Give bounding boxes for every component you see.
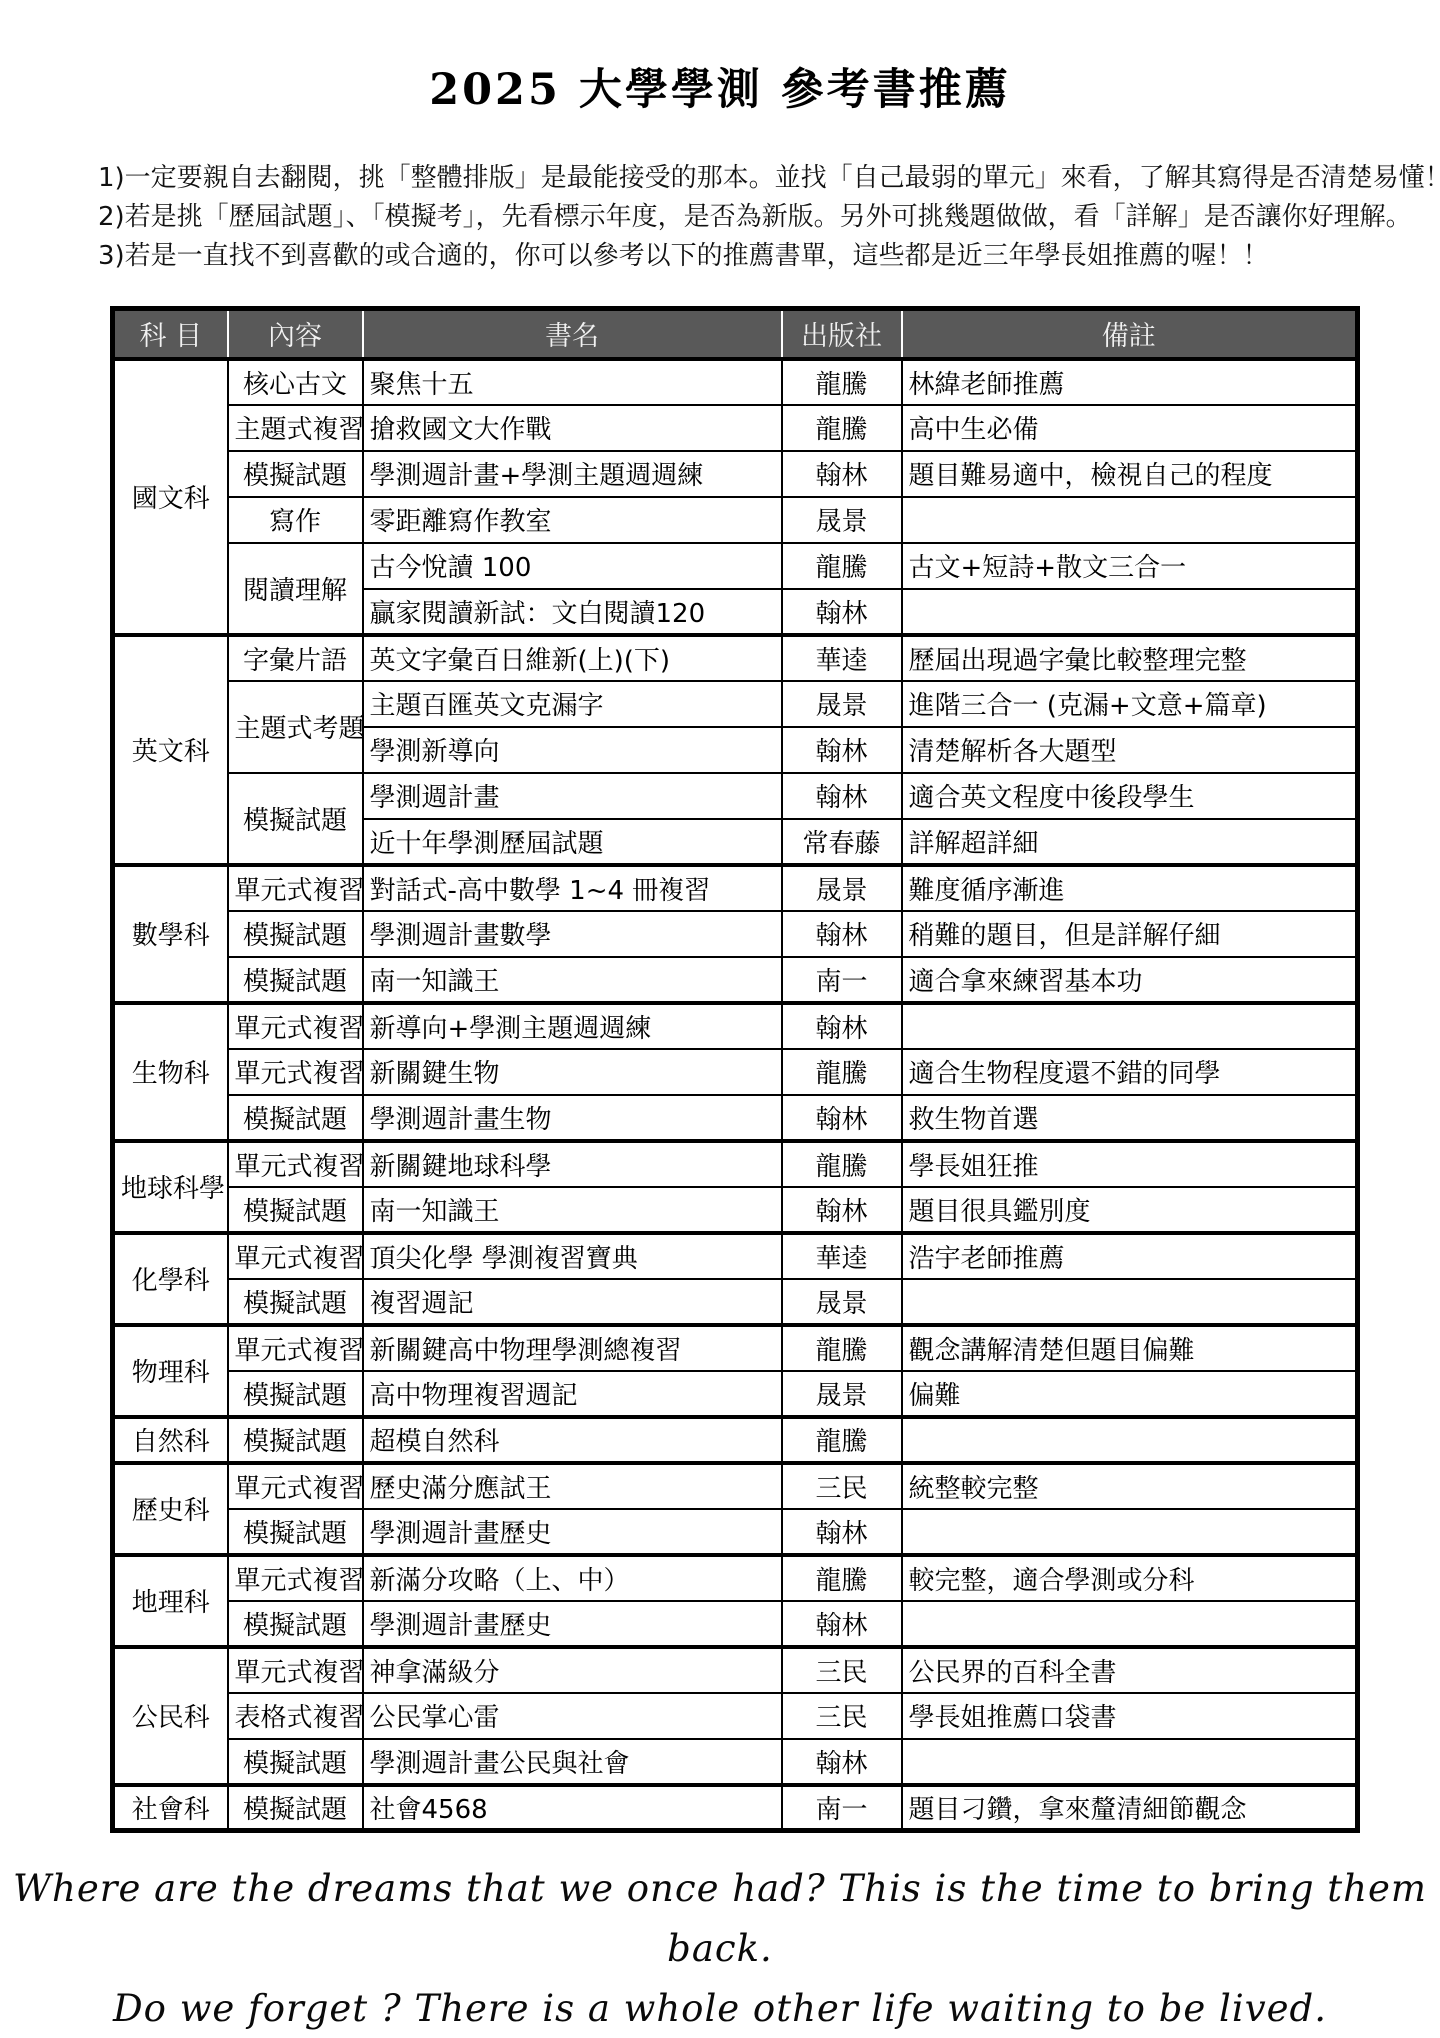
table-row: 單元式複習新關鍵生物龍騰適合生物程度還不錯的同學 (113, 1049, 1358, 1095)
footer-quote: Where are the dreams that we once had? T… (0, 1859, 1440, 2038)
table-row: 歷史科單元式複習歷史滿分應試王三民統整較完整 (113, 1463, 1358, 1509)
note-cell (902, 589, 1358, 635)
table-row: 公民科單元式複習神拿滿級分三民公民界的百科全書 (113, 1647, 1358, 1693)
publisher-cell: 翰林 (782, 589, 902, 635)
subject-cell: 歷史科 (113, 1463, 228, 1555)
table-row: 模擬試題學測週計畫數學翰林稍難的題目，但是詳解仔細 (113, 911, 1358, 957)
publisher-cell: 南一 (782, 957, 902, 1003)
table-row: 數學科單元式複習對話式-高中數學 1~4 冊複習晟景難度循序漸進 (113, 865, 1358, 911)
publisher-cell: 龍騰 (782, 1555, 902, 1601)
publisher-cell: 三民 (782, 1463, 902, 1509)
publisher-cell: 晟景 (782, 681, 902, 727)
subject-cell: 地球科學 (113, 1141, 228, 1233)
book-cell: 複習週記 (363, 1279, 782, 1325)
footer-quote-line-2: Do we forget ? There is a whole other li… (0, 1979, 1440, 2038)
publisher-cell: 三民 (782, 1647, 902, 1693)
subject-cell: 自然科 (113, 1417, 228, 1463)
content-cell: 模擬試題 (228, 1601, 363, 1647)
subject-cell: 地理科 (113, 1555, 228, 1647)
content-cell: 單元式複習 (228, 1325, 363, 1371)
table-row: 社會科模擬試題社會4568南一題目刁鑽，拿來釐清細節觀念 (113, 1785, 1358, 1831)
content-cell: 單元式複習 (228, 1233, 363, 1279)
col-header-note: 備註 (902, 309, 1358, 359)
table-row: 主題式考題主題百匯英文克漏字晟景進階三合一 (克漏+文意+篇章) (113, 681, 1358, 727)
table-row: 模擬試題學測週計畫歷史翰林 (113, 1509, 1358, 1555)
note-cell: 進階三合一 (克漏+文意+篇章) (902, 681, 1358, 727)
book-cell: 搶救國文大作戰 (363, 405, 782, 451)
content-cell: 模擬試題 (228, 1785, 363, 1831)
table-row: 模擬試題學測週計畫生物翰林救生物首選 (113, 1095, 1358, 1141)
note-cell: 學長姐推薦口袋書 (902, 1693, 1358, 1739)
document-page: 2025 大學學測 參考書推薦 1)一定要親自去翻閱，挑「整體排版」是最能接受的… (0, 0, 1440, 2038)
book-cell: 學測週計畫數學 (363, 911, 782, 957)
publisher-cell: 翰林 (782, 451, 902, 497)
note-cell: 公民界的百科全書 (902, 1647, 1358, 1693)
content-cell: 表格式複習 (228, 1693, 363, 1739)
note-cell: 題目刁鑽，拿來釐清細節觀念 (902, 1785, 1358, 1831)
content-cell: 字彙片語 (228, 635, 363, 681)
book-cell: 學測週計畫公民與社會 (363, 1739, 782, 1785)
publisher-cell: 翰林 (782, 911, 902, 957)
table-header: 科 目 內容 書名 出版社 備註 (113, 309, 1358, 359)
publisher-cell: 晟景 (782, 1371, 902, 1417)
note-cell: 詳解超詳細 (902, 819, 1358, 865)
content-cell: 寫作 (228, 497, 363, 543)
table-row: 模擬試題南一知識王翰林題目很具鑑別度 (113, 1187, 1358, 1233)
content-cell: 單元式複習 (228, 1141, 363, 1187)
publisher-cell: 翰林 (782, 727, 902, 773)
table-row: 生物科單元式複習新導向+學測主題週週練翰林 (113, 1003, 1358, 1049)
content-cell: 單元式複習 (228, 1647, 363, 1693)
table-row: 化學科單元式複習頂尖化學 學測複習寶典華逵浩宇老師推薦 (113, 1233, 1358, 1279)
table-row: 物理科單元式複習新關鍵高中物理學測總複習龍騰觀念講解清楚但題目偏難 (113, 1325, 1358, 1371)
table-row: 表格式複習公民掌心雷三民學長姐推薦口袋書 (113, 1693, 1358, 1739)
subject-cell: 化學科 (113, 1233, 228, 1325)
table-row: 模擬試題高中物理複習週記晟景偏難 (113, 1371, 1358, 1417)
content-cell: 模擬試題 (228, 1739, 363, 1785)
content-cell: 模擬試題 (228, 773, 363, 865)
page-title: 2025 大學學測 參考書推薦 (0, 0, 1440, 117)
publisher-cell: 龍騰 (782, 1417, 902, 1463)
content-cell: 模擬試題 (228, 957, 363, 1003)
book-cell: 公民掌心雷 (363, 1693, 782, 1739)
note-cell: 清楚解析各大題型 (902, 727, 1358, 773)
col-header-subject: 科 目 (113, 309, 228, 359)
table-row: 模擬試題學測週計畫翰林適合英文程度中後段學生 (113, 773, 1358, 819)
note-cell: 觀念講解清楚但題目偏難 (902, 1325, 1358, 1371)
col-header-content: 內容 (228, 309, 363, 359)
content-cell: 模擬試題 (228, 911, 363, 957)
content-cell: 模擬試題 (228, 1371, 363, 1417)
recommendation-table: 科 目 內容 書名 出版社 備註 國文科核心古文聚焦十五龍騰林緯老師推薦主題式複… (110, 306, 1360, 1833)
book-cell: 學測週計畫 (363, 773, 782, 819)
note-cell: 統整較完整 (902, 1463, 1358, 1509)
book-cell: 神拿滿級分 (363, 1647, 782, 1693)
book-cell: 新關鍵生物 (363, 1049, 782, 1095)
intro-note-1: 1)一定要親自去翻閱，挑「整體排版」是最能接受的那本。並找「自己最弱的單元」來看… (98, 159, 1440, 198)
book-cell: 新關鍵地球科學 (363, 1141, 782, 1187)
note-cell (902, 1417, 1358, 1463)
note-cell (902, 1003, 1358, 1049)
publisher-cell: 龍騰 (782, 359, 902, 405)
publisher-cell: 翰林 (782, 1509, 902, 1555)
publisher-cell: 三民 (782, 1693, 902, 1739)
publisher-cell: 龍騰 (782, 1141, 902, 1187)
book-cell: 社會4568 (363, 1785, 782, 1831)
book-cell: 歷史滿分應試王 (363, 1463, 782, 1509)
publisher-cell: 晟景 (782, 865, 902, 911)
note-cell (902, 1279, 1358, 1325)
table-row: 主題式複習搶救國文大作戰龍騰高中生必備 (113, 405, 1358, 451)
publisher-cell: 華逵 (782, 635, 902, 681)
publisher-cell: 翰林 (782, 773, 902, 819)
book-cell: 近十年學測歷屆試題 (363, 819, 782, 865)
book-cell: 英文字彙百日維新(上)(下) (363, 635, 782, 681)
book-cell: 南一知識王 (363, 1187, 782, 1233)
subject-cell: 生物科 (113, 1003, 228, 1141)
intro-notes: 1)一定要親自去翻閱，挑「整體排版」是最能接受的那本。並找「自己最弱的單元」來看… (98, 159, 1440, 276)
note-cell: 適合拿來練習基本功 (902, 957, 1358, 1003)
book-cell: 南一知識王 (363, 957, 782, 1003)
book-cell: 學測週計畫生物 (363, 1095, 782, 1141)
content-cell: 模擬試題 (228, 1417, 363, 1463)
footer-quote-line-1: Where are the dreams that we once had? T… (0, 1859, 1440, 1979)
publisher-cell: 華逵 (782, 1233, 902, 1279)
content-cell: 單元式複習 (228, 1555, 363, 1601)
publisher-cell: 龍騰 (782, 543, 902, 589)
content-cell: 單元式複習 (228, 1049, 363, 1095)
publisher-cell: 常春藤 (782, 819, 902, 865)
book-cell: 新滿分攻略（上、中） (363, 1555, 782, 1601)
note-cell: 題目難易適中，檢視自己的程度 (902, 451, 1358, 497)
note-cell: 古文+短詩+散文三合一 (902, 543, 1358, 589)
content-cell: 核心古文 (228, 359, 363, 405)
note-cell: 適合生物程度還不錯的同學 (902, 1049, 1358, 1095)
note-cell: 稍難的題目，但是詳解仔細 (902, 911, 1358, 957)
book-cell: 零距離寫作教室 (363, 497, 782, 543)
publisher-cell: 翰林 (782, 1187, 902, 1233)
content-cell: 模擬試題 (228, 1187, 363, 1233)
book-cell: 學測週計畫+學測主題週週練 (363, 451, 782, 497)
content-cell: 單元式複習 (228, 1003, 363, 1049)
book-table-body: 國文科核心古文聚焦十五龍騰林緯老師推薦主題式複習搶救國文大作戰龍騰高中生必備模擬… (113, 359, 1358, 1831)
note-cell (902, 1509, 1358, 1555)
intro-note-3: 3)若是一直找不到喜歡的或合適的，你可以參考以下的推薦書單，這些都是近三年學長姐… (98, 237, 1440, 276)
publisher-cell: 龍騰 (782, 1325, 902, 1371)
publisher-cell: 翰林 (782, 1601, 902, 1647)
subject-cell: 國文科 (113, 359, 228, 635)
col-header-book: 書名 (363, 309, 782, 359)
subject-cell: 公民科 (113, 1647, 228, 1785)
content-cell: 單元式複習 (228, 1463, 363, 1509)
book-cell: 對話式-高中數學 1~4 冊複習 (363, 865, 782, 911)
table-row: 自然科模擬試題超模自然科龍騰 (113, 1417, 1358, 1463)
content-cell: 模擬試題 (228, 1095, 363, 1141)
book-cell: 古今悅讀 100 (363, 543, 782, 589)
publisher-cell: 龍騰 (782, 1049, 902, 1095)
col-header-publisher: 出版社 (782, 309, 902, 359)
table-row: 英文科字彙片語英文字彙百日維新(上)(下)華逵歷屆出現過字彙比較整理完整 (113, 635, 1358, 681)
note-cell: 救生物首選 (902, 1095, 1358, 1141)
table-row: 模擬試題學測週計畫+學測主題週週練翰林題目難易適中，檢視自己的程度 (113, 451, 1358, 497)
table-row: 模擬試題南一知識王南一適合拿來練習基本功 (113, 957, 1358, 1003)
publisher-cell: 龍騰 (782, 405, 902, 451)
publisher-cell: 翰林 (782, 1739, 902, 1785)
content-cell: 模擬試題 (228, 451, 363, 497)
book-cell: 頂尖化學 學測複習寶典 (363, 1233, 782, 1279)
note-cell: 題目很具鑑別度 (902, 1187, 1358, 1233)
book-cell: 超模自然科 (363, 1417, 782, 1463)
table-row: 寫作零距離寫作教室晟景 (113, 497, 1358, 543)
book-cell: 高中物理複習週記 (363, 1371, 782, 1417)
book-cell: 聚焦十五 (363, 359, 782, 405)
publisher-cell: 晟景 (782, 497, 902, 543)
content-cell: 單元式複習 (228, 865, 363, 911)
table-row: 地球科學單元式複習新關鍵地球科學龍騰學長姐狂推 (113, 1141, 1358, 1187)
note-cell: 林緯老師推薦 (902, 359, 1358, 405)
book-cell: 學測週計畫歷史 (363, 1601, 782, 1647)
publisher-cell: 翰林 (782, 1003, 902, 1049)
subject-cell: 英文科 (113, 635, 228, 865)
table-row: 國文科核心古文聚焦十五龍騰林緯老師推薦 (113, 359, 1358, 405)
table-row: 模擬試題學測週計畫歷史翰林 (113, 1601, 1358, 1647)
content-cell: 模擬試題 (228, 1509, 363, 1555)
note-cell: 高中生必備 (902, 405, 1358, 451)
content-cell: 模擬試題 (228, 1279, 363, 1325)
intro-note-2: 2)若是挑「歷屆試題」、「模擬考」，先看標示年度，是否為新版。另外可挑幾題做做，… (98, 198, 1440, 237)
table-row: 模擬試題學測週計畫公民與社會翰林 (113, 1739, 1358, 1785)
book-cell: 新關鍵高中物理學測總複習 (363, 1325, 782, 1371)
note-cell: 學長姐狂推 (902, 1141, 1358, 1187)
table-row: 模擬試題複習週記晟景 (113, 1279, 1358, 1325)
note-cell (902, 1601, 1358, 1647)
note-cell (902, 497, 1358, 543)
note-cell: 歷屆出現過字彙比較整理完整 (902, 635, 1358, 681)
note-cell: 適合英文程度中後段學生 (902, 773, 1358, 819)
book-cell: 贏家閱讀新試：文白閱讀120 (363, 589, 782, 635)
content-cell: 閱讀理解 (228, 543, 363, 635)
header-row: 科 目 內容 書名 出版社 備註 (113, 309, 1358, 359)
book-cell: 學測週計畫歷史 (363, 1509, 782, 1555)
note-cell: 難度循序漸進 (902, 865, 1358, 911)
content-cell: 主題式考題 (228, 681, 363, 773)
note-cell: 浩宇老師推薦 (902, 1233, 1358, 1279)
publisher-cell: 翰林 (782, 1095, 902, 1141)
subject-cell: 數學科 (113, 865, 228, 1003)
publisher-cell: 南一 (782, 1785, 902, 1831)
subject-cell: 物理科 (113, 1325, 228, 1417)
subject-cell: 社會科 (113, 1785, 228, 1831)
table-row: 閱讀理解古今悅讀 100龍騰古文+短詩+散文三合一 (113, 543, 1358, 589)
note-cell (902, 1739, 1358, 1785)
note-cell: 偏難 (902, 1371, 1358, 1417)
content-cell: 主題式複習 (228, 405, 363, 451)
book-cell: 新導向+學測主題週週練 (363, 1003, 782, 1049)
book-cell: 學測新導向 (363, 727, 782, 773)
note-cell: 較完整，適合學測或分科 (902, 1555, 1358, 1601)
publisher-cell: 晟景 (782, 1279, 902, 1325)
book-cell: 主題百匯英文克漏字 (363, 681, 782, 727)
table-row: 地理科單元式複習新滿分攻略（上、中）龍騰較完整，適合學測或分科 (113, 1555, 1358, 1601)
